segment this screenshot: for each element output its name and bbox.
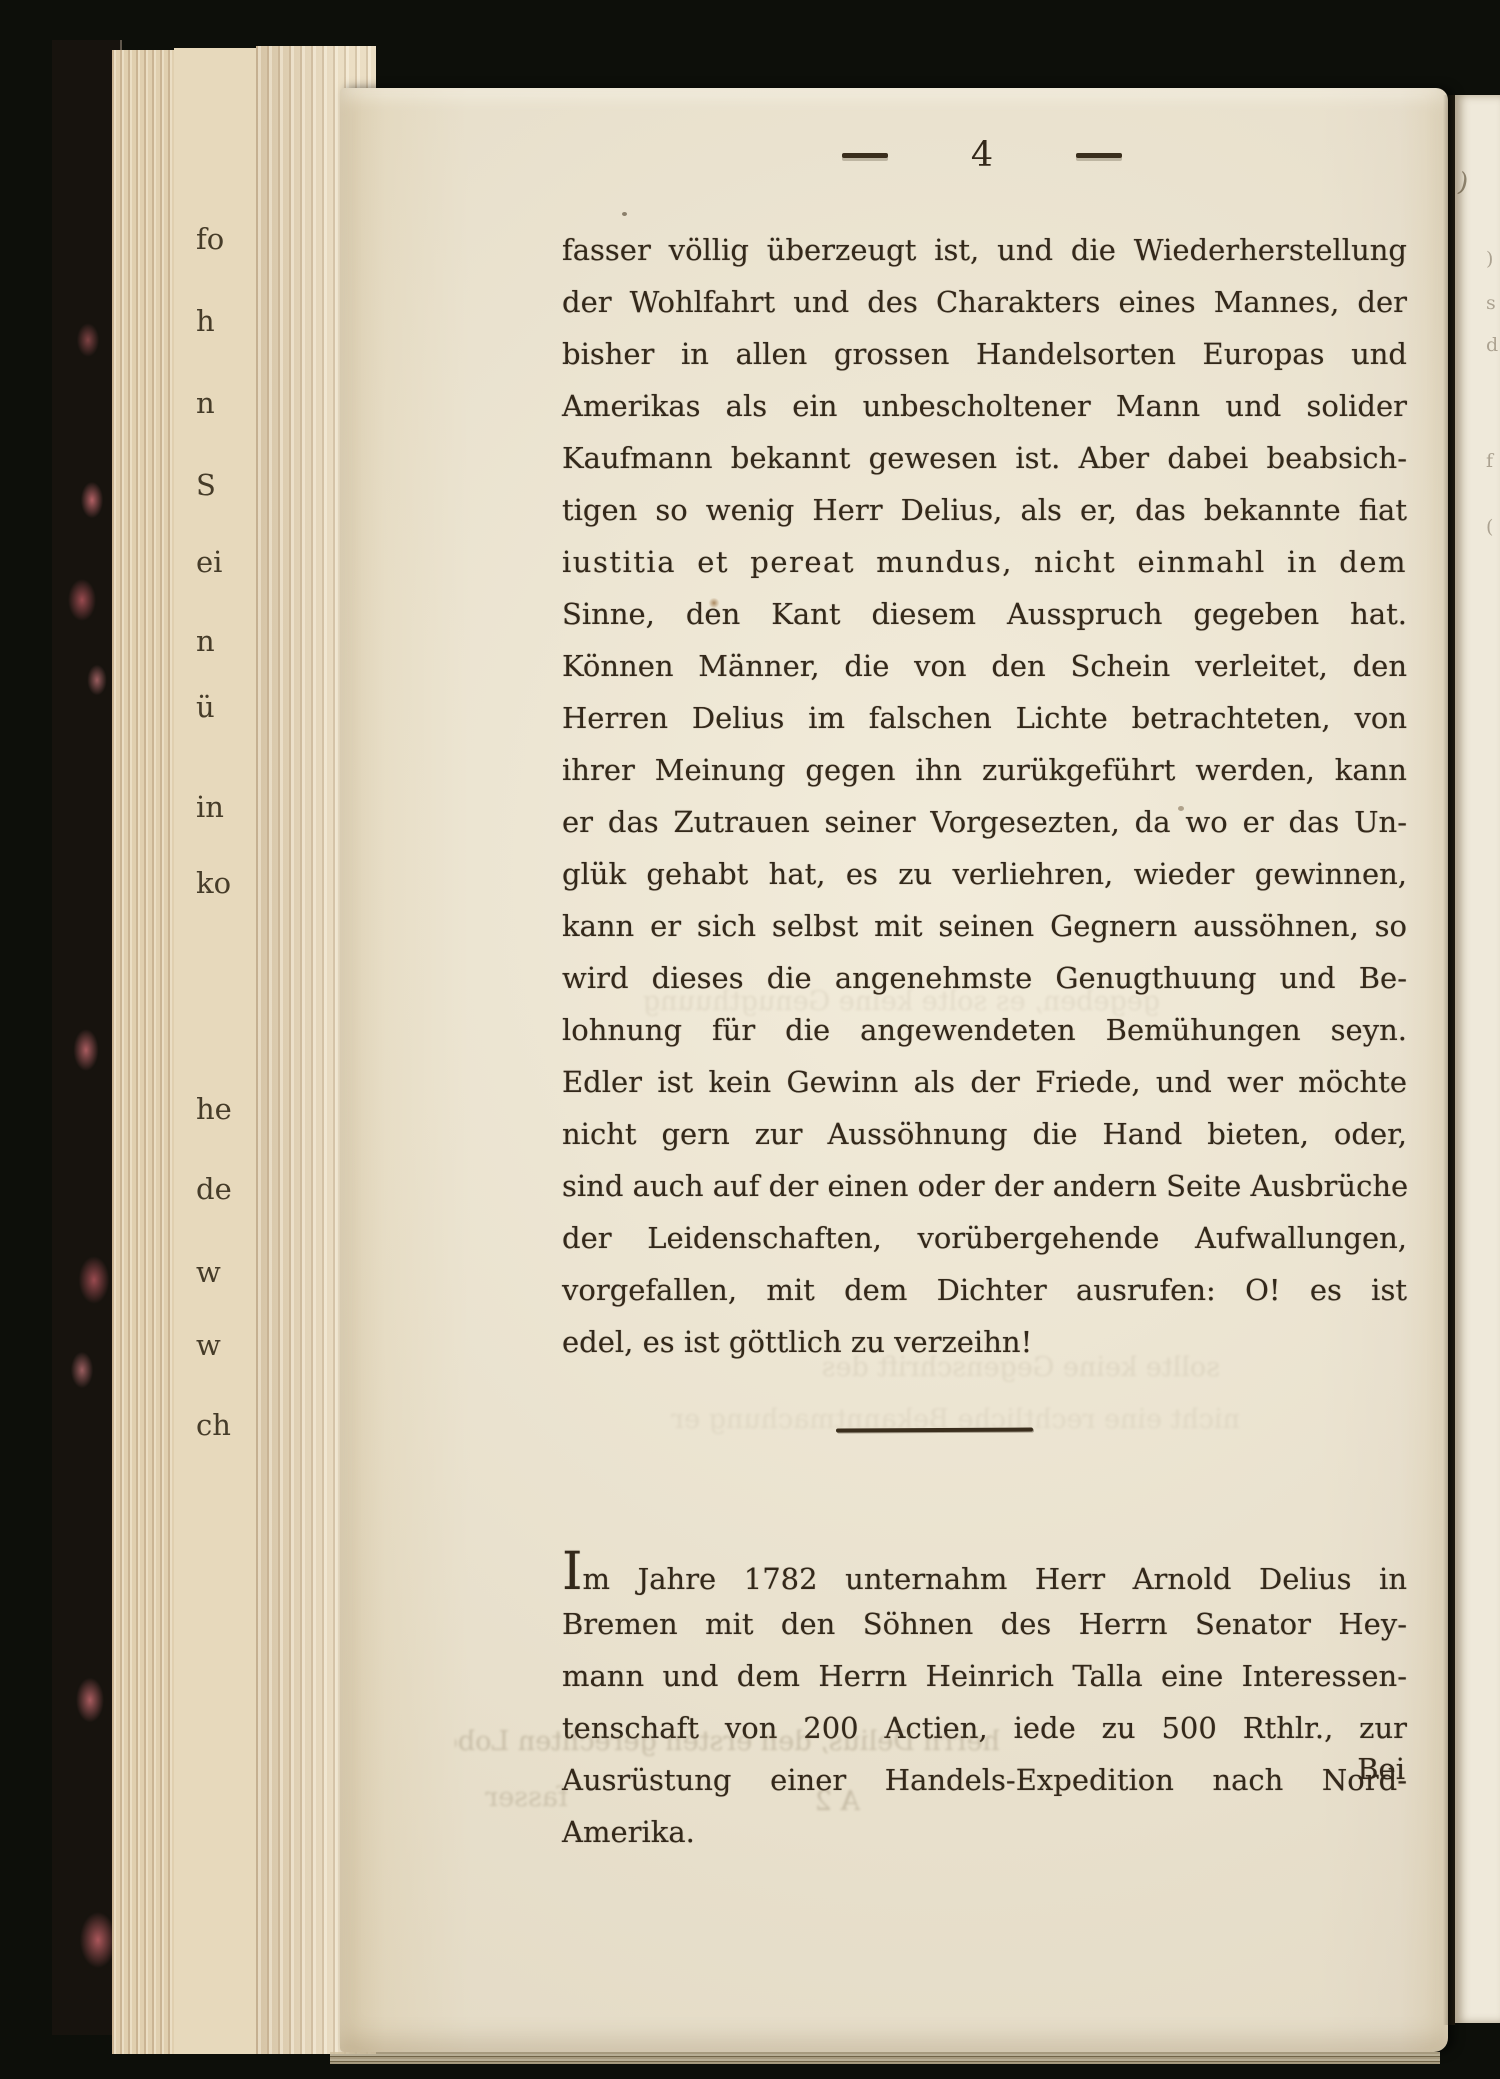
header-dash-right [1076, 153, 1122, 158]
text-line: Im Jahre 1782 unternahm Herr Arnold Deli… [562, 1546, 1407, 1598]
clipped-letter: w [196, 1328, 256, 1362]
text-line: kann er sich selbst mit seinen Gegnern a… [562, 900, 1407, 952]
paper-speck [622, 212, 627, 216]
text-line: Kaufmann bekannt gewesen ist. Aber dabei… [562, 432, 1407, 484]
show-through-text: gegeben, es solte keine Genugthuung [640, 986, 1160, 1017]
text-line: bisher in allen grossen Handelsorten Eur… [562, 328, 1407, 380]
clipped-letter: ü [196, 690, 256, 724]
text-line: Herren Delius im falschen Lichte betrach… [562, 692, 1407, 744]
text-line: sind auch auf der einen oder der andern … [562, 1160, 1407, 1212]
text-line: Amerika. [562, 1806, 1407, 1858]
text-line-latin-quote: iustitia et pereat mundus, nicht einmahl… [562, 536, 1407, 588]
clipped-letter: w [196, 1255, 256, 1289]
clipped-letter: he [196, 1092, 256, 1126]
text-line: Können Männer, die von den Schein verlei… [562, 640, 1407, 692]
text-line: der Wohlfahrt und des Charakters eines M… [562, 276, 1407, 328]
paper-speck [1178, 806, 1184, 811]
text-line: Bremen mit den Söhnen des Herrn Senator … [562, 1598, 1407, 1650]
next-page-clipped-marks: ) s d f ( [1486, 0, 1500, 2079]
text-line: vorgefallen, mit dem Dichter ausrufen: O… [562, 1264, 1407, 1316]
paragraph-1: fasser völlig überzeugt ist, und die Wie… [562, 224, 1407, 1368]
text-line: fasser völlig überzeugt ist, und die Wie… [562, 224, 1407, 276]
header-dash-left [842, 153, 888, 158]
text-line: Amerikas als ein unbescholtener Mann und… [562, 380, 1407, 432]
text-line: ihrer Meinung gegen ihn zurükgeführt wer… [562, 744, 1407, 796]
clipped-letter: fo [196, 222, 256, 256]
text-line: mann und dem Herrn Heinrich Talla eine I… [562, 1650, 1407, 1702]
paragraph-2: Im Jahre 1782 unternahm Herr Arnold Deli… [562, 1546, 1407, 1858]
clipped-mark: ( [1486, 516, 1493, 538]
show-through-text: sollte keine Gegenschrift des [700, 1352, 1220, 1383]
text-line: Edler ist kein Gewinn als der Friede, un… [562, 1056, 1407, 1108]
paper-stain [708, 598, 720, 608]
show-through-text: fasser [458, 1782, 568, 1813]
clipped-letter: S [196, 468, 256, 502]
page-number: 4 [971, 138, 993, 173]
running-head: 4 [842, 138, 1122, 173]
clipped-letter: n [196, 386, 256, 420]
page-gap-shadow [1443, 95, 1455, 2025]
book-photo: fo h n S ei n ü in ko he de w w ch ) ) s… [0, 0, 1500, 2079]
show-through-text: herrn Delius, den ersten gerechten Lobe … [455, 1726, 1000, 1757]
text-line: nicht gern zur Aussöhnung die Hand biete… [562, 1108, 1407, 1160]
text-line: glük gehabt hat, es zu verliehren, wiede… [562, 848, 1407, 900]
clipped-letter: ko [196, 866, 256, 900]
text-line: Ausrüstung einer Handels-Expedition nach… [562, 1754, 1407, 1806]
clipped-letter: h [196, 304, 256, 338]
text-line: tigen so wenig Herr Delius, als er, das … [562, 484, 1407, 536]
text-column: fasser völlig überzeugt ist, und die Wie… [562, 224, 1407, 1858]
clipped-letter: ei [196, 545, 256, 579]
clipped-letter: de [196, 1172, 256, 1206]
clipped-letter: n [196, 624, 256, 658]
clipped-letter: in [196, 790, 256, 824]
bottom-page-edges [330, 2052, 1440, 2064]
text-line: der Leidenschaften, vorübergehende Aufwa… [562, 1212, 1407, 1264]
page-edge-stack-left [112, 50, 174, 2054]
clipped-mark: d [1486, 334, 1498, 356]
text-line: Sinne, den Kant diesem Ausspruch gegeben… [562, 588, 1407, 640]
show-through-text: nicht eine rechtliche Bekanntmachung er [620, 1404, 1240, 1435]
clipped-mark: s [1486, 292, 1496, 314]
text-line: er das Zutrauen seiner Vorgesezten, da w… [562, 796, 1407, 848]
show-through-signature-mark: A 2 [790, 1786, 860, 1817]
page-edge-stack-middle [174, 48, 256, 2054]
catchword: Bei [1357, 1752, 1405, 1786]
clipped-letter: ch [196, 1408, 256, 1442]
clipped-mark: ) [1486, 248, 1493, 270]
clipped-mark: f [1486, 450, 1493, 472]
